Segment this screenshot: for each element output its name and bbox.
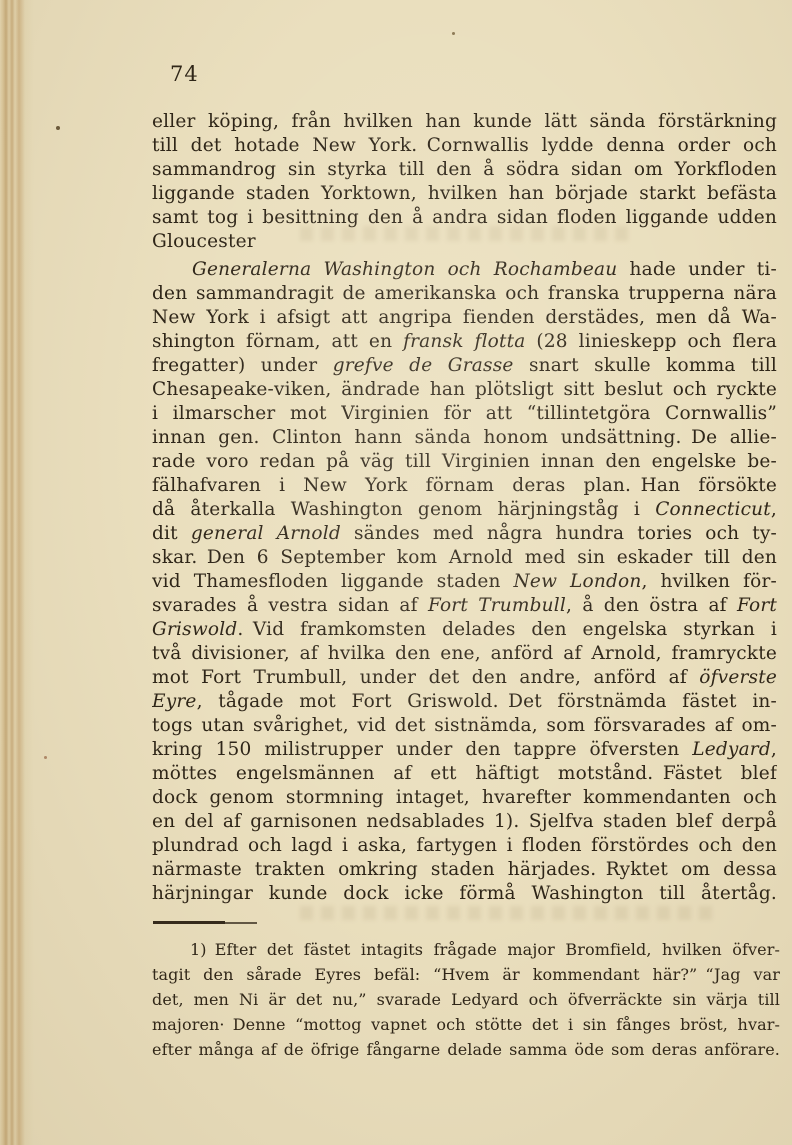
text-run: , hvilken för-: [641, 571, 777, 592]
text-run: det, men Ni är det nu,” svarade Ledyard …: [152, 990, 780, 1009]
text-line: Chesapeake-viken, ändrade han plötsligt …: [152, 378, 777, 402]
text-line: eller köping, från hvilken han kunde lät…: [152, 110, 777, 134]
text-line: shington förnam, att en fransk flotta (2…: [152, 330, 777, 354]
verso-show-through: [300, 906, 720, 920]
paper-speck: [452, 32, 455, 35]
italic-text-run: Eyre: [152, 691, 197, 712]
text-line: närmaste trakten omkring staden härjades…: [152, 858, 777, 882]
paragraph-continuation: eller köping, från hvilken han kunde lät…: [152, 110, 777, 254]
footnote: 1) Efter det fästet intagits frågade maj…: [152, 937, 780, 1062]
text-run: en del af garnisonen nedsablades 1). Sje…: [152, 811, 777, 832]
text-line: till det hotade New York. Cornwallis lyd…: [152, 134, 777, 158]
text-run: två divisioner, af hvilka den ene, anför…: [152, 643, 777, 664]
italic-text-run: fransk flotta: [403, 331, 525, 352]
text-line: dock genom stormning intaget, hvarefter …: [152, 786, 777, 810]
text-line: togs utan svårighet, vid det sistnämda, …: [152, 714, 777, 738]
text-run: eller köping, från hvilken han kunde lät…: [152, 111, 777, 132]
italic-text-run: Generalerna Washington och Rochambeau: [192, 259, 617, 280]
text-run: , å den östra af: [566, 595, 737, 616]
text-run: Gloucester: [152, 231, 256, 252]
text-line: mot Fort Trumbull, under det den andre, …: [152, 666, 777, 690]
italic-text-run: New London: [514, 571, 642, 592]
text-line: vid Thamesfloden liggande staden New Lon…: [152, 570, 777, 594]
text-line: majoren· Denne “mottog vapnet och stötte…: [152, 1012, 780, 1037]
text-run: fälhafvaren i New York förnam deras plan…: [152, 475, 777, 496]
text-run: mot Fort Trumbull, under det den andre, …: [152, 667, 699, 688]
text-line: New York i afsigt att angripa fienden de…: [152, 306, 777, 330]
text-run: rade voro redan på väg till Virginien in…: [152, 451, 777, 472]
text-line: dit general Arnold sändes med några hund…: [152, 522, 777, 546]
italic-text-run: Connecticut: [655, 499, 771, 520]
text-run: svarades å vestra sidan af: [152, 595, 428, 616]
text-run: fregatter) under: [152, 355, 333, 376]
text-run: togs utan svårighet, vid det sistnämda, …: [152, 715, 777, 736]
text-run: dit: [152, 523, 191, 544]
text-run: dock genom stormning intaget, hvarefter …: [152, 787, 777, 808]
text-line: det, men Ni är det nu,” svarade Ledyard …: [152, 987, 780, 1012]
italic-text-run: Ledyard: [692, 739, 771, 760]
text-line: kring 150 milistrupper under den tappre …: [152, 738, 777, 762]
text-run: ,: [771, 739, 777, 760]
italic-text-run: general Arnold: [191, 523, 341, 544]
paper-speck: [44, 756, 47, 759]
text-line: plundrad och lagd i aska, fartygen i flo…: [152, 834, 777, 858]
text-line: två divisioner, af hvilka den ene, anför…: [152, 642, 777, 666]
text-run: närmaste trakten omkring staden härjades…: [152, 859, 777, 880]
text-run: . Vid framkomsten delades den engelska s…: [237, 619, 777, 640]
page-number: 74: [170, 62, 199, 86]
text-line: Eyre, tågade mot Fort Griswold. Det förs…: [152, 690, 777, 714]
text-run: härjningar kunde dock icke förmå Washing…: [152, 883, 777, 904]
footnote-paragraph: 1) Efter det fästet intagits frågade maj…: [152, 937, 780, 1062]
text-run: shington förnam, att en: [152, 331, 403, 352]
italic-text-run: Fort Trumbull: [428, 595, 566, 616]
text-line: fälhafvaren i New York förnam deras plan…: [152, 474, 777, 498]
text-run: liggande staden Yorktown, hvilken han bö…: [152, 183, 777, 204]
footnote-separator-rule: [153, 921, 257, 925]
text-line: en del af garnisonen nedsablades 1). Sje…: [152, 810, 777, 834]
text-line: i ilmarscher mot Virginien för att “till…: [152, 402, 777, 426]
text-line: efter många af de öfrige fångarne delade…: [152, 1037, 780, 1062]
paper-speck: [56, 126, 60, 130]
text-run: New York i afsigt att angripa fienden de…: [152, 307, 777, 328]
text-run: sammandrog sin styrka till den å södra s…: [152, 159, 777, 180]
text-line: 1) Efter det fästet intagits frågade maj…: [152, 937, 780, 962]
text-line: härjningar kunde dock icke förmå Washing…: [152, 882, 777, 906]
text-line: skar. Den 6 September kom Arnold med sin…: [152, 546, 777, 570]
text-line: då återkalla Washington genom härjningst…: [152, 498, 777, 522]
text-line: Gloucester: [152, 230, 777, 254]
text-run: möttes engelsmännen af ett häftigt motst…: [152, 763, 777, 784]
text-line: rade voro redan på väg till Virginien in…: [152, 450, 777, 474]
text-run: Chesapeake-viken, ändrade han plötsligt …: [152, 379, 777, 400]
text-run: vid Thamesfloden liggande staden: [152, 571, 514, 592]
text-run: majoren· Denne “mottog vapnet och stötte…: [152, 1015, 780, 1034]
book-page: 74 eller köping, från hvilken han kunde …: [0, 0, 792, 1145]
paragraph-generals: Generalerna Washington och Rochambeau ha…: [152, 258, 777, 906]
text-line: samt tog i besittning den å andra sidan …: [152, 206, 777, 230]
text-line: Generalerna Washington och Rochambeau ha…: [152, 258, 777, 282]
text-run: samt tog i besittning den å andra sidan …: [152, 207, 777, 228]
text-line: liggande staden Yorktown, hvilken han bö…: [152, 182, 777, 206]
text-run: sändes med några hundra tories och ty-: [341, 523, 777, 544]
text-line: Griswold. Vid framkomsten delades den en…: [152, 618, 777, 642]
italic-text-run: Griswold: [152, 619, 237, 640]
text-run: efter många af de öfrige fångarne delade…: [152, 1040, 780, 1059]
text-run: då återkalla Washington genom härjningst…: [152, 499, 655, 520]
italic-text-run: grefve de Grasse: [333, 355, 514, 376]
text-run: kring 150 milistrupper under den tappre …: [152, 739, 692, 760]
text-run: 1) Efter det fästet intagits frågade maj…: [190, 940, 780, 959]
text-line: innan gen. Clinton hann sända honom unds…: [152, 426, 777, 450]
text-line: fregatter) under grefve de Grasse snart …: [152, 354, 777, 378]
text-line: svarades å vestra sidan af Fort Trumbull…: [152, 594, 777, 618]
italic-text-run: Fort: [737, 595, 777, 616]
text-run: (28 linieskepp och flera: [526, 331, 777, 352]
text-run: den sammandragit de amerikanska och fran…: [152, 283, 777, 304]
text-run: snart skulle komma till: [514, 355, 777, 376]
text-line: tagit den sårade Eyres befäl: “Hvem är k…: [152, 962, 780, 987]
text-run: ,: [771, 499, 777, 520]
rule-thin-segment: [225, 922, 257, 924]
italic-text-run: öfverste: [699, 667, 777, 688]
text-line: sammandrog sin styrka till den å södra s…: [152, 158, 777, 182]
text-run: innan gen. Clinton hann sända honom unds…: [152, 427, 777, 448]
text-run: tagit den sårade Eyres befäl: “Hvem är k…: [152, 965, 780, 984]
text-run: i ilmarscher mot Virginien för att “till…: [152, 403, 777, 424]
book-page-edges: [0, 0, 34, 1145]
text-run: hade under ti-: [617, 259, 777, 280]
text-run: skar. Den 6 September kom Arnold med sin…: [152, 547, 777, 568]
text-run: , tågade mot Fort Griswold. Det förstnäm…: [197, 691, 777, 712]
body-text: eller köping, från hvilken han kunde lät…: [152, 110, 777, 906]
rule-thick-segment: [153, 921, 225, 924]
text-run: till det hotade New York. Cornwallis lyd…: [152, 135, 777, 156]
text-run: plundrad och lagd i aska, fartygen i flo…: [152, 835, 777, 856]
text-line: möttes engelsmännen af ett häftigt motst…: [152, 762, 777, 786]
text-line: den sammandragit de amerikanska och fran…: [152, 282, 777, 306]
